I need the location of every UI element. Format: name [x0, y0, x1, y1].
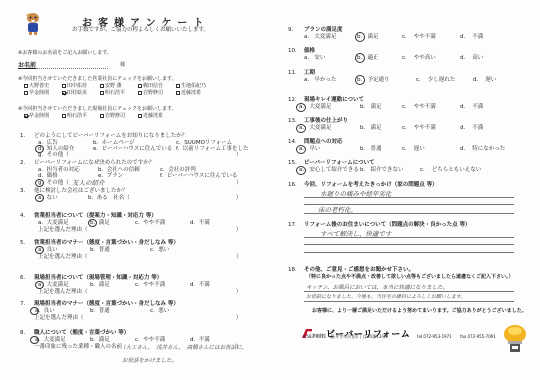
option-selected[interactable]: b. 適正 [357, 55, 379, 62]
question-number: 18. [288, 267, 297, 274]
staff-checkbox[interactable]: 大野善史 [24, 83, 49, 89]
question-number: 7. [20, 301, 25, 308]
company-address: 〒583-0011 藤井寺市沢田1丁目30番13号 [302, 334, 386, 340]
name-label: お名前 [18, 62, 36, 69]
question-text: 今回、リフォームを考えたきっかけ（家の問題点 等） [304, 182, 438, 189]
option[interactable]: a. 大変満足 [38, 220, 69, 227]
name-suffix: 様 [120, 62, 125, 68]
staff-checkbox[interactable]: 明石浩平 [100, 90, 125, 96]
survey-sheet: お客様アンケート お手数ですが、ご協力の程よろしくお願いいたします。 ※お客様の… [0, 0, 540, 380]
option[interactable]: d. 不満 [460, 104, 483, 111]
question-number: 17. [288, 222, 297, 229]
question-text: 他に検討した会社はございましたか？ [34, 188, 128, 195]
reason-label: 上記を選んだ理由（ [38, 289, 88, 296]
option[interactable]: c. 少し遅れた [416, 77, 455, 84]
question-text: リフォーム後のお住まいについて（問題点の解決・良かった点 等） [304, 222, 471, 229]
question-text: ビーバーリフォームについて [304, 160, 375, 167]
option[interactable]: c. やや不満 [135, 220, 165, 227]
staff-checkbox[interactable]: 明石浩平 [62, 113, 87, 119]
question-text: 工期 [304, 70, 315, 77]
option[interactable]: c. やや不満 [402, 104, 436, 111]
reason-label: 上記を選んだ理由（ [34, 315, 84, 322]
question-subtext: （特に良かった点や不満点・改善して欲しい点等もございましたら遠慮なくご記入下さい… [306, 274, 514, 280]
staff-checkbox[interactable]: 岩野修司 [100, 113, 125, 119]
staff-checkbox[interactable]: 梶田信吾 [138, 83, 163, 89]
option[interactable]: d. 高い [460, 55, 483, 62]
company-fax: fax.072-955-7091 [460, 334, 496, 340]
option[interactable]: f. ビーバーハウスに住んでいる [160, 173, 237, 180]
option-selected[interactable]: a. 安心して紹介できる [299, 167, 359, 174]
option-selected[interactable]: a. 大変満足 [299, 125, 331, 132]
handwritten-answer[interactable]: お世話になりました。今後も、当住宅の維持によろしくお願いします。 [306, 293, 466, 300]
option[interactable]: c. やや不満 [402, 125, 436, 132]
question-number: 8. [20, 330, 25, 337]
question-text: 現場担当者について（現場管理・知識・対応力 等） [34, 275, 162, 282]
staff-checkbox-checked[interactable]: 田村絵美 [62, 90, 87, 96]
handwritten-answer[interactable]: 友人の紹介 [72, 178, 105, 187]
option[interactable]: c. どちらともいえない [420, 167, 481, 174]
answer-line [304, 197, 514, 198]
question-text: 営業担当者のマナー（態度・言葉づかい・身だしなみ 等） [34, 240, 179, 247]
question-text: 価格 [304, 48, 315, 55]
answer-line [304, 237, 514, 238]
reason-label: 上記を選んだ理由（ [38, 254, 88, 261]
question-number: 14. [288, 139, 297, 146]
option[interactable]: a. 大変満足 [304, 34, 336, 41]
option[interactable]: b. 満足 [90, 337, 110, 344]
question-number: 12. [288, 97, 297, 104]
answer-line [304, 213, 514, 214]
option[interactable]: b. 普通 [90, 247, 110, 254]
question-number: 5. [20, 240, 25, 247]
option[interactable]: c. 悪い [150, 308, 169, 315]
answer-line [304, 252, 514, 253]
question-text: 問題点への対応 [304, 139, 343, 146]
reason-label: 上記を選んだ理由（ [38, 227, 88, 234]
option[interactable]: b. 普通 [90, 308, 110, 315]
option[interactable]: c. 悪い [150, 247, 169, 254]
close-paren: ） [236, 344, 242, 351]
option[interactable]: b. 紹介できない [360, 167, 404, 174]
company-tel: tel.072-953-1971 [417, 334, 452, 340]
question-text: プランの満足度 [304, 27, 343, 34]
question-text: 工事後の仕上がり [304, 118, 348, 125]
question-number: 6. [20, 275, 25, 282]
question-number: 2. [20, 160, 25, 167]
close-paren: ） [236, 180, 242, 187]
answer-line [304, 291, 514, 292]
reason-label: 一番印象に残った業種・職人の名前 [34, 344, 122, 351]
name-field[interactable] [36, 68, 108, 69]
staff-checkbox[interactable]: 生地佑紀乃 [176, 83, 206, 89]
question-number: 1. [20, 133, 25, 140]
question-text: 現場担当者のマナー（態度・言葉づかい・身だしなみ 等） [34, 301, 179, 308]
option[interactable]: c. やや不満 [135, 282, 165, 289]
staff-checkbox[interactable]: 岩野修司 [138, 90, 163, 96]
question-number: 9. [288, 27, 293, 34]
option[interactable]: c. やや不満 [402, 34, 436, 41]
yellow-lamp-mascot-icon [502, 324, 528, 354]
option-selected[interactable]: b. 満足 [357, 34, 379, 41]
option[interactable]: d. 遅い [473, 77, 496, 84]
option[interactable]: c. 遅い [402, 146, 425, 153]
option[interactable]: b. 満足 [90, 282, 110, 289]
option[interactable]: b. ある 社名（ [88, 195, 130, 202]
handwritten-answer[interactable]: キッチン、お風呂においては、本当に快適になりました。 [306, 283, 448, 291]
question-number: 16. [288, 182, 297, 189]
option[interactable]: d. 不満 [460, 125, 483, 132]
option[interactable]: c. やや高い [402, 55, 436, 62]
question-text: 現場キレイ運動について [304, 97, 364, 104]
close-paren: ） [236, 152, 242, 159]
option[interactable]: b. 満足 [360, 125, 382, 132]
close-paren: ） [236, 227, 242, 234]
site-staff-note: ※今回担当させていただきました現場社員にチェックをお願いします。 [18, 106, 177, 112]
option-selected[interactable]: g. その他（ [38, 180, 69, 187]
question-number: 15. [288, 160, 297, 167]
option[interactable]: a. 安い [304, 55, 325, 62]
name-note: ※お客様のお名前をご記入お願いします。 [18, 50, 112, 56]
option-selected[interactable]: a. 大変満足 [35, 337, 66, 344]
close-paren: ） [236, 254, 242, 261]
close-paren: ） [236, 315, 242, 322]
staff-checkbox[interactable]: 安野 薫 [100, 83, 122, 89]
option-selected[interactable]: a. 良い [38, 247, 58, 254]
staff-checkbox-checked[interactable]: 早金陸則 [24, 113, 49, 119]
handwritten-answer[interactable]: お世話をかけました。 [122, 356, 177, 364]
option[interactable]: b. 普通 [360, 146, 382, 153]
question-number: 10. [288, 48, 297, 55]
option[interactable]: b. 満足 [360, 104, 382, 111]
sales-staff-note: ※今回担当させていただきました営業社員にチェックをお願いします。 [18, 76, 177, 82]
staff-checkbox[interactable]: 田中佑佳 [62, 83, 87, 89]
option[interactable]: g. その他（ [38, 152, 69, 159]
option[interactable]: d. 不満 [460, 34, 483, 41]
question-text: 職人について（態度・言葉づかい 等） [34, 330, 129, 337]
staff-checkbox[interactable]: 近藤洸希 [176, 90, 201, 96]
option-selected[interactable]: a. 大変満足 [299, 104, 331, 111]
option-selected[interactable]: a. ない [38, 195, 58, 202]
handwritten-answer[interactable]: （大工さん、 浅井さん、 高橋さんにはお世話に、 [120, 343, 247, 351]
question-number: 4. [20, 213, 25, 220]
option-selected[interactable]: b. 予定通り [357, 77, 390, 84]
option[interactable]: d. 不満 [190, 220, 210, 227]
staff-checkbox[interactable]: 早金陸則 [24, 90, 49, 96]
question-number: 11. [288, 70, 297, 77]
question-text: その他、ご意見・ご感想をお聞かせ下さい。 [304, 267, 414, 274]
option-selected[interactable]: a. 良い [35, 308, 55, 315]
question-number: 13. [288, 118, 297, 125]
option[interactable]: d. 不満 [190, 282, 210, 289]
thanks-message: お客様に、より一層ご満足いただけるよう努めてまいります。ご協力ありがとうございま… [312, 308, 527, 314]
beaver-mascot-icon [24, 12, 42, 36]
option-selected[interactable]: a. 早い [299, 146, 320, 153]
close-paren: ） [236, 289, 242, 296]
option-selected[interactable]: a. 大変満足 [38, 282, 69, 289]
page-subtitle: お手数ですが、ご協力の程よろしくお願いいたします。 [72, 27, 209, 34]
option[interactable]: a. 早かった [304, 77, 336, 84]
question-text: 営業担当者について（提案力・知識・対応力 等） [34, 213, 157, 220]
staff-checkbox[interactable]: 近藤洸希 [138, 113, 163, 119]
answer-line [304, 244, 514, 245]
answer-line [304, 301, 514, 302]
option[interactable]: d. 特になかった [460, 146, 505, 153]
option-selected[interactable]: b. 満足 [90, 220, 110, 227]
close-paren: ） [236, 195, 242, 202]
option[interactable]: e. ビーバーハウスに住んでいる [93, 146, 172, 153]
question-text: ビーバーリフォームになぜ決められたのですか？ [34, 160, 154, 167]
question-text: どのようにしてビーバーリフォームをお知りになりましたか？ [34, 133, 187, 140]
question-number: 3. [20, 188, 25, 195]
